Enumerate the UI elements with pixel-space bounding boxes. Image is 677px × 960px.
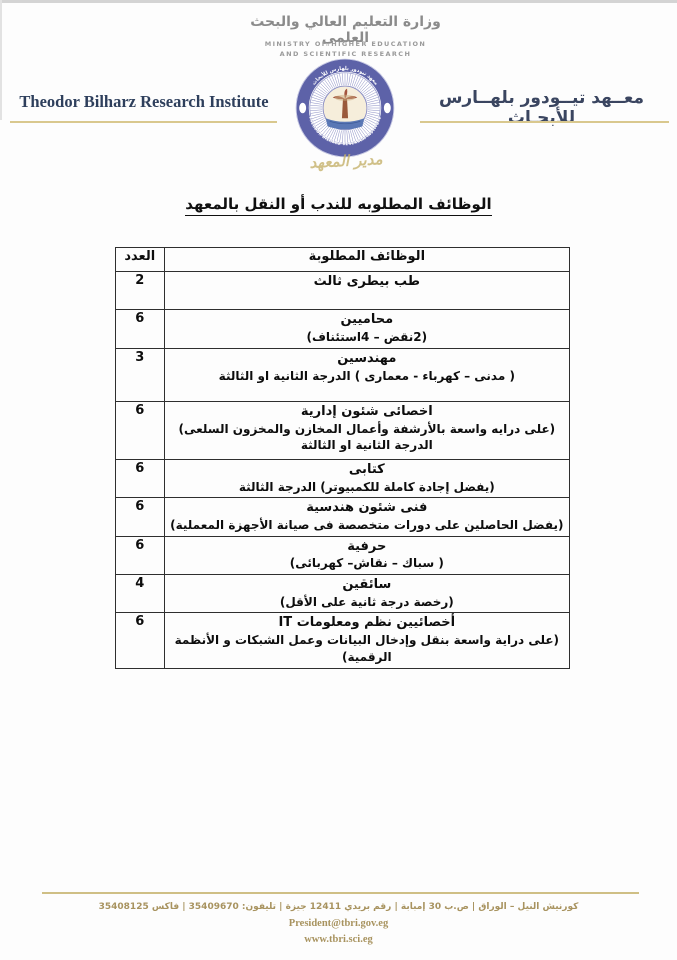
scan-edge-top (0, 0, 677, 3)
jobs-table: الوظائف المطلوبة العدد طب بيطرى ثالث 2 م… (115, 247, 570, 669)
footer-website: www.tbri.sci.eg (0, 934, 677, 945)
director-signature: مدير المعهد (296, 149, 397, 172)
job-count: 3 (116, 349, 165, 402)
job-count: 6 (116, 498, 165, 536)
table-row: طب بيطرى ثالث 2 (116, 272, 570, 310)
column-header-positions: الوظائف المطلوبة (164, 248, 569, 272)
ministry-en-line1: MINISTRY OF HIGHER EDUCATION (238, 40, 453, 50)
table-row: حرفية( سباك – نقاش– كهربائى) 6 (116, 536, 570, 574)
job-count: 2 (116, 272, 165, 310)
footer-email: President@tbri.gov.eg (0, 918, 677, 929)
job-title: سائقين (169, 576, 565, 594)
job-details: (رخصة درجة ثانية على الأقل) (169, 594, 565, 611)
job-count: 6 (116, 536, 165, 574)
job-details: (يفضل إجادة كاملة للكمبيوتر) الدرجة الثا… (169, 479, 565, 496)
job-details: (على درايه واسعة بالأرشفة وأعمال المخازن… (169, 421, 565, 455)
job-title: حرفية (169, 538, 565, 556)
footer-contact-line: كورنيش النيل – الوراق | ص.ب 30 إمبابة | … (0, 902, 677, 912)
document-page: وزارة التعليم العالي والبحث العلمي MINIS… (0, 0, 677, 960)
job-details: ( مدنى – كهرباء - معمارى ) الدرجة الثاني… (169, 368, 565, 385)
institute-seal-logo: معهد تيودور بلهارس للأبحاث THEODOR BILHA… (294, 56, 396, 160)
table-row: كتابى(يفضل إجادة كاملة للكمبيوتر) الدرجة… (116, 460, 570, 498)
gold-rule-left (10, 121, 277, 123)
job-count: 6 (116, 613, 165, 668)
job-title: محاميين (169, 311, 565, 329)
table-header-row: الوظائف المطلوبة العدد (116, 248, 570, 272)
table-row: سائقين(رخصة درجة ثانية على الأقل) 4 (116, 575, 570, 613)
job-count: 6 (116, 310, 165, 349)
table-row: مهندسين( مدنى – كهرباء - معمارى ) الدرجة… (116, 349, 570, 402)
job-count: 6 (116, 402, 165, 460)
job-details: ( سباك – نقاش– كهربائى) (169, 555, 565, 572)
job-title: كتابى (169, 461, 565, 479)
job-details: (يفضل الحاصلين على دورات متخصصة فى صيانة… (169, 517, 565, 534)
table-row: أخصائيين نظم ومعلومات IT(على دراية واسعة… (116, 613, 570, 668)
scan-edge-left (0, 0, 2, 120)
job-count: 6 (116, 460, 165, 498)
gold-rule-right (420, 121, 669, 123)
footer-gold-rule (42, 892, 639, 894)
job-title: مهندسين (169, 350, 565, 368)
table-row: فنى شئون هندسية(يفضل الحاصلين على دورات … (116, 498, 570, 536)
job-title: فنى شئون هندسية (169, 499, 565, 517)
job-title: طب بيطرى ثالث (169, 273, 565, 291)
job-count: 4 (116, 575, 165, 613)
job-details: (2نقض – 4استئناف) (169, 329, 565, 346)
job-details: (على دراية واسعة بنقل وإدخال البيانات وع… (169, 632, 565, 666)
institute-name-english: Theodor Bilharz Research Institute (8, 92, 280, 112)
table-row: اخصائى شئون إدارية(على درايه واسعة بالأر… (116, 402, 570, 460)
table-row: محاميين(2نقض – 4استئناف) 6 (116, 310, 570, 349)
document-title: الوظائف المطلوبه للندب أو النقل بالمعهد (0, 194, 677, 213)
job-title: أخصائيين نظم ومعلومات IT (169, 614, 565, 632)
column-header-count: العدد (116, 248, 165, 272)
job-title: اخصائى شئون إدارية (169, 403, 565, 421)
